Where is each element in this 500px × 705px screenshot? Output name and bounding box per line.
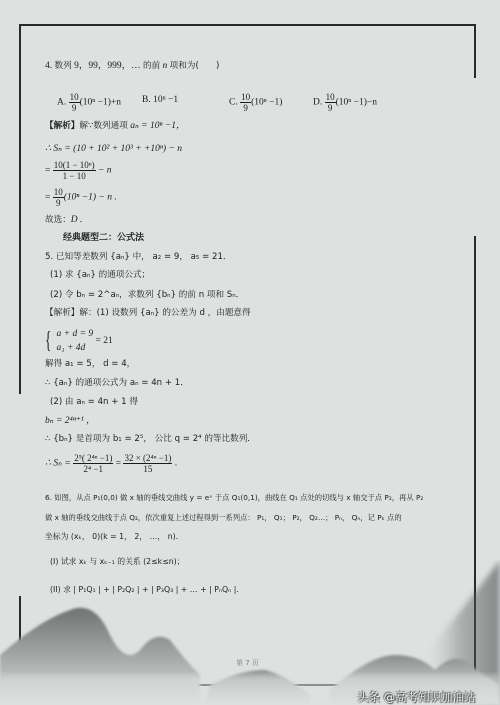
system-rhs: = 21 <box>95 336 112 346</box>
q6-line2: 做 x 轴的垂线交曲线于点 Q₂，依次重复上述过程得到一系列点： P₁， Q₁；… <box>45 512 402 524</box>
q5-solve: 解得 a₁ = 5， d = 4， <box>45 358 135 370</box>
analysis-tag: 【解析】 <box>45 121 79 131</box>
answer-label: 故选： <box>45 215 71 225</box>
q6-line1: 6. 如图，从点 P₁(0,0) 做 x 轴的垂线交曲线 y = eˣ 于点 Q… <box>45 492 423 504</box>
numerator: 10 <box>325 92 336 103</box>
numerator: 10(1 − 10ⁿ) <box>53 160 96 171</box>
q4-analysis-line2: ∴ Sₙ = (10 + 10² + 10³ + +10ⁿ) − n <box>45 143 182 155</box>
page-number: 第 7 页 <box>236 658 259 668</box>
answer-value: D . <box>71 215 83 225</box>
q4-analysis-line1: 【解析】解∵数列通项 aₙ = 10ⁿ −1， <box>45 120 186 132</box>
q4-stem: 4. 数列 9，99，999，… 的前 n 项和为( ) <box>45 60 219 72</box>
option-expression: (10ⁿ −1) <box>251 98 282 108</box>
denominator: 9 <box>53 198 64 208</box>
fraction: 109 <box>53 187 64 208</box>
q4-analysis-line3: = 10(1 − 10ⁿ)1 − 10 − n <box>45 160 112 181</box>
q4-stem-text: 的前 <box>143 61 160 71</box>
q4-option-d: D. 109(10ⁿ −1)−n <box>313 92 377 113</box>
q5-stem: 5. 已知等差数列 {aₙ} 中， a₂ = 9， a₅ = 21． <box>45 251 232 263</box>
numerator: 10 <box>240 92 251 103</box>
option-label: B. <box>142 95 151 105</box>
denominator: 2⁴ −1 <box>73 464 113 474</box>
analysis-text: 解∵数列通项 <box>79 121 127 131</box>
q4-sequence: 9，99，999，… <box>74 61 141 71</box>
fraction: 2⁵( 2⁴ⁿ −1)2⁴ −1 <box>73 453 113 474</box>
q5-equation-system: {a + d = 9a₁ + 4d = 21 <box>45 327 113 355</box>
mountain-landscape-decoration <box>0 560 500 705</box>
frame-left-upper <box>19 24 21 394</box>
q4-option-b: B. 10ⁿ −1 <box>142 94 178 106</box>
numerator: 10 <box>53 187 64 198</box>
frame-top <box>20 24 476 26</box>
fraction: 109 <box>240 92 251 113</box>
system-line-2: a₁ + 4d <box>57 341 94 355</box>
option-label: A. <box>57 98 66 108</box>
denominator: 9 <box>69 103 80 113</box>
q5-part2-solution: (2) 由 aₙ = 4n + 1 得 <box>50 396 138 408</box>
option-expression: (10ⁿ −1)+n <box>80 98 121 108</box>
expression-tail: (10ⁿ −1) − n . <box>64 193 117 203</box>
fraction: 32 × (2⁴ⁿ −1)15 <box>123 453 172 474</box>
q4-variable-n: n <box>163 61 168 71</box>
q5-part2: (2) 令 bₙ = 2^aₙ，求数列 {bₙ} 的前 n 项和 Sₙ． <box>50 289 244 301</box>
q5-analysis: 【解析】解：(1) 设数列 {aₙ} 的公差为 d ，由题意得 <box>45 307 251 319</box>
fraction: 109 <box>69 92 80 113</box>
numerator: 10 <box>69 92 80 103</box>
q5-geometric: ∴ {bₙ} 是首项为 b₁ = 2⁵， 公比 q = 2⁴ 的等比数列． <box>45 433 256 445</box>
option-expression: (10ⁿ −1)−n <box>336 98 377 108</box>
system-line-1: a + d = 9 <box>57 327 94 341</box>
denominator: 15 <box>123 464 172 474</box>
period: . <box>175 459 177 469</box>
frame-right-upper <box>474 24 476 78</box>
q4-stem-text: 数列 <box>55 61 72 71</box>
option-expression: 10ⁿ −1 <box>153 95 178 105</box>
numerator: 32 × (2⁴ⁿ −1) <box>123 453 172 464</box>
q5-bn: bₙ = 2⁴ⁿ⁺¹ ， <box>45 415 96 427</box>
q4-number: 4. <box>45 61 52 71</box>
q4-stem-text: 项和为( ) <box>170 61 220 71</box>
q5-sum: ∴ Sₙ = 2⁵( 2⁴ⁿ −1)2⁴ −1 = 32 × (2⁴ⁿ −1)1… <box>45 453 177 474</box>
q4-option-a: A. 109(10ⁿ −1)+n <box>57 92 121 113</box>
q4-option-c: C. 109(10ⁿ −1) <box>229 92 282 113</box>
sum-lhs: ∴ Sₙ = <box>45 459 71 469</box>
q6-line3: 坐标为 (xₖ， 0)(k = 1， 2， …， n)． <box>45 531 184 543</box>
numerator: 2⁵( 2⁴ⁿ −1) <box>73 453 113 464</box>
watermark: 头条 @高考知识加油站 <box>357 689 476 705</box>
option-label: C. <box>229 98 238 108</box>
system-lines: a + d = 9a₁ + 4d <box>57 327 94 355</box>
fraction: 109 <box>325 92 336 113</box>
option-label: D. <box>313 98 322 108</box>
q6-part1: (I) 试求 xₖ 与 xₖ₋₁ 的关系 (2≤k≤n)； <box>50 556 185 568</box>
analysis-math: aₙ = 10ⁿ −1， <box>130 121 185 131</box>
q5-general-term: ∴ {aₙ} 的通项公式为 aₙ = 4n + 1． <box>45 377 189 389</box>
denominator: 1 − 10 <box>53 171 96 181</box>
q4-answer: 故选：D . <box>45 214 82 226</box>
denominator: 9 <box>240 103 251 113</box>
expression-tail: − n <box>98 166 112 176</box>
q4-analysis-line4: = 109(10ⁿ −1) − n . <box>45 187 117 208</box>
denominator: 9 <box>325 103 336 113</box>
equals-sign: = <box>116 459 121 469</box>
q6-part2: (II) 求 | P₁Q₁ | + | P₂Q₂ | + | P₃Q₃ | + … <box>50 584 244 596</box>
brace-icon: { <box>45 329 51 353</box>
fraction: 10(1 − 10ⁿ)1 − 10 <box>53 160 96 181</box>
section-title: 经典题型二：公式法 <box>63 232 144 244</box>
q5-part1: (1) 求 {aₙ} 的通项公式； <box>50 269 150 281</box>
